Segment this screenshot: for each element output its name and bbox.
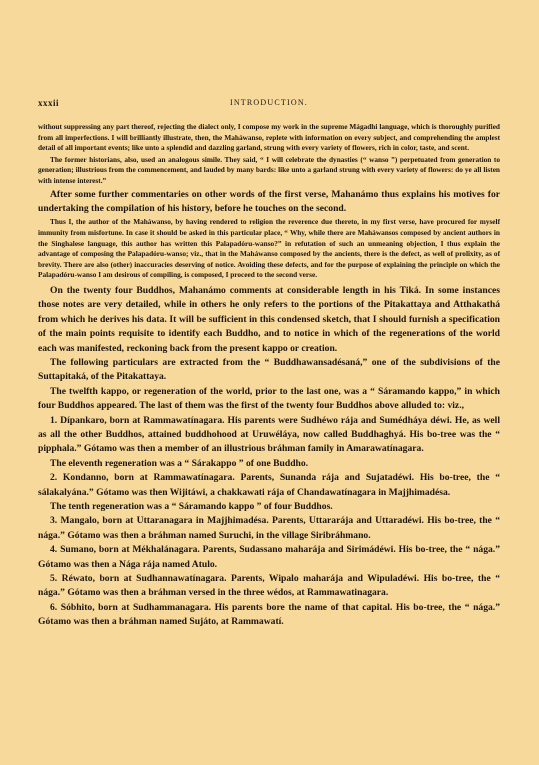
body-paragraph: On the twenty four Buddhos, Mahanámo com… (38, 284, 500, 356)
quoted-commentary-paragraph: Thus I, the author of the Maháwanso, by … (38, 217, 500, 281)
buddho-entry: 3. Mangalo, born at Uttaranagara in Majj… (38, 514, 500, 543)
book-page: xxxii INTRODUCTION. without suppressing … (38, 98, 500, 630)
body-paragraph: After some further commentaries on other… (38, 188, 500, 217)
body-paragraph: The twelfth kappo, or regeneration of th… (38, 385, 500, 414)
body-paragraph: The following particulars are extracted … (38, 356, 500, 385)
buddho-entry: 5. Réwato, born at Sudhannawatínagara. P… (38, 572, 500, 601)
section-title: INTRODUCTION. (38, 98, 500, 107)
buddho-entry: 2. Kondanno, born at Rammawatínagara. Pa… (38, 471, 500, 500)
running-head: xxxii INTRODUCTION. (38, 98, 500, 112)
quoted-commentary-paragraph: The former historians, also, used an ana… (38, 155, 500, 187)
buddho-entry: 6. Sóbhito, born at Sudhammanagara. His … (38, 601, 500, 630)
regeneration-note: The eleventh regeneration was a “ Sáraka… (38, 457, 500, 471)
quoted-commentary-paragraph: without suppressing any part thereof, re… (38, 122, 500, 154)
buddho-entry: 4. Sumano, born at Mékhalánagara. Parent… (38, 543, 500, 572)
buddho-entry: 1. Dípankaro, born at Rammawatínagara. H… (38, 414, 500, 457)
regeneration-note: The tenth regeneration was a “ Sáramando… (38, 500, 500, 514)
